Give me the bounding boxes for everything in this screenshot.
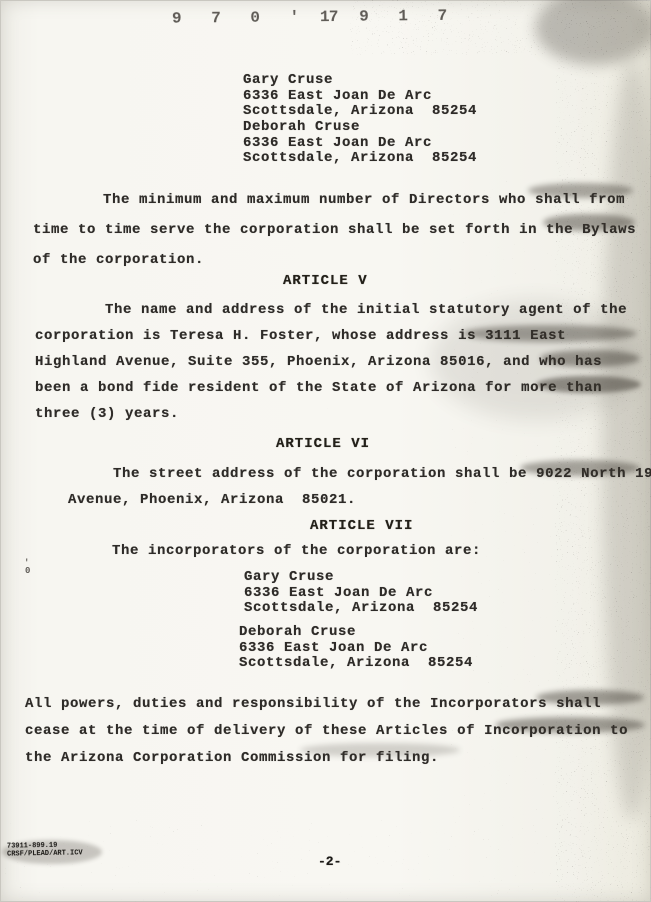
incorporator-name: Deborah Cruse <box>243 120 477 136</box>
top-stamp-number: 9 7 0 ' 7 1 9 1 7 <box>172 6 502 35</box>
incorporator-street: 6336 East Joan De Arc <box>243 136 477 152</box>
paragraph-line: All powers, duties and responsibility of… <box>25 691 628 718</box>
incorporator-city-state-zip: Scottsdale, Arizona 85254 <box>243 151 477 167</box>
incorporator-name: Deborah Cruse <box>239 625 473 641</box>
paragraph-line: The minimum and maximum number of Direct… <box>33 185 636 215</box>
paragraph-line: The incorporators of the corporation are… <box>112 543 481 559</box>
article-vii-heading: ARTICLE VII <box>310 518 413 534</box>
incorporator-address-block: Deborah Cruse 6336 East Joan De Arc Scot… <box>243 120 477 167</box>
incorporator-street: 6336 East Joan De Arc <box>244 586 478 602</box>
incorporator-city-state-zip: Scottsdale, Arizona 85254 <box>239 656 473 672</box>
paragraph-line: The name and address of the initial stat… <box>35 297 627 323</box>
stray-mark: 0 <box>25 566 30 576</box>
incorporator-address-block: Gary Cruse 6336 East Joan De Arc Scottsd… <box>244 570 478 617</box>
paragraph-line: cease at the time of delivery of these A… <box>25 718 628 745</box>
paragraph-line: Avenue, Phoenix, Arizona 85021. <box>68 487 651 513</box>
incorporator-city-state-zip: Scottsdale, Arizona 85254 <box>243 104 477 120</box>
incorporator-street: 6336 East Joan De Arc <box>243 89 477 105</box>
paragraph-incorporators-intro: The incorporators of the corporation are… <box>112 543 481 559</box>
paragraph-line: corporation is Teresa H. Foster, whose a… <box>35 323 627 349</box>
ink-smudge <box>535 0 651 65</box>
paragraph-line: of the corporation. <box>33 245 636 275</box>
article-vi-heading: ARTICLE VI <box>276 436 370 452</box>
paragraph-line: the Arizona Corporation Commission for f… <box>25 745 628 772</box>
page-number: -2- <box>318 854 341 869</box>
incorporator-city-state-zip: Scottsdale, Arizona 85254 <box>244 601 478 617</box>
paragraph-directors: The minimum and maximum number of Direct… <box>33 185 636 275</box>
paragraph-statutory-agent: The name and address of the initial stat… <box>35 297 627 427</box>
incorporator-address-block: Deborah Cruse 6336 East Joan De Arc Scot… <box>239 625 473 672</box>
file-reference-stamp: 73911-899.19 CRSF/PLEAD/ART.ICV <box>7 842 83 858</box>
incorporator-street: 6336 East Joan De Arc <box>239 641 473 657</box>
incorporator-name: Gary Cruse <box>243 73 477 89</box>
paragraph-line: The street address of the corporation sh… <box>68 461 651 487</box>
incorporator-name: Gary Cruse <box>244 570 478 586</box>
paragraph-powers-cease: All powers, duties and responsibility of… <box>25 691 628 772</box>
article-v-heading: ARTICLE V <box>283 273 368 289</box>
paragraph-line: three (3) years. <box>35 401 627 427</box>
paragraph-street-address: The street address of the corporation sh… <box>68 461 651 513</box>
top-stamp-group2: 1 9 1 7 <box>320 7 457 26</box>
paragraph-line: Highland Avenue, Suite 355, Phoenix, Ari… <box>35 349 627 375</box>
incorporator-address-block: Gary Cruse 6336 East Joan De Arc Scottsd… <box>243 73 477 120</box>
scanned-document-page: 9 7 0 ' 7 1 9 1 7 Gary Cruse 6336 East J… <box>0 0 651 902</box>
file-reference-line: CRSF/PLEAD/ART.ICV <box>7 850 83 859</box>
paragraph-line: been a bond fide resident of the State o… <box>35 375 627 401</box>
paragraph-line: time to time serve the corporation shall… <box>33 215 636 245</box>
